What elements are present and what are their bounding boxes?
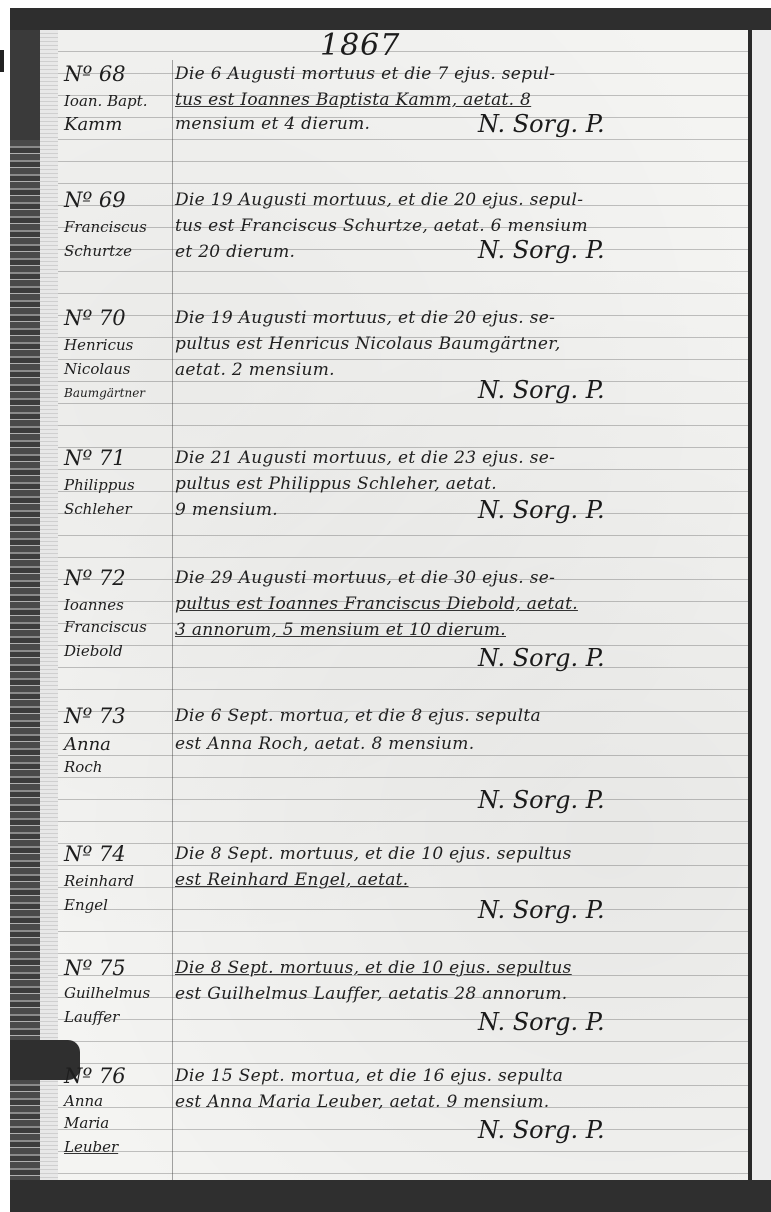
entry-margin-name: Maria (64, 1114, 172, 1132)
entry-margin-name: Anna (64, 1092, 172, 1110)
entry-margin-name: Philippus (64, 476, 172, 494)
entry-margin-name: Kamm (64, 114, 172, 135)
entry-text-line: Die 21 Augusti mortuus, et die 23 ejus. … (175, 448, 555, 468)
scan-top-edge (10, 8, 771, 30)
entry-margin-name: Anna (64, 734, 172, 755)
entry-text-line: est Anna Roch, aetat. 8 mensium. (175, 734, 474, 754)
entry-margin-name: Ioannes (64, 596, 172, 614)
entry-text-line: Die 6 Sept. mortua, et die 8 ejus. sepul… (175, 706, 541, 726)
entry-text-line: Die 19 Augusti mortuus, et die 20 ejus. … (175, 190, 583, 210)
entry-margin-name: Engel (64, 896, 172, 914)
entry-text-line: Die 6 Augusti mortuus et die 7 ejus. sep… (175, 64, 555, 84)
entry-text-line: Die 29 Augusti mortuus, et die 30 ejus. … (175, 568, 555, 588)
entry-number: Nº 70 (64, 306, 172, 330)
priest-signature: N. Sorg. P. (478, 1116, 605, 1144)
entry-text-line: pultus est Philippus Schleher, aetat. (175, 474, 497, 494)
entry-text-line: Die 8 Sept. mortuus, et die 10 ejus. sep… (175, 844, 572, 864)
priest-signature: N. Sorg. P. (478, 896, 605, 924)
entry-text-line: 3 annorum, 5 mensium et 10 dierum. (175, 620, 506, 640)
entry-number: Nº 75 (64, 956, 172, 980)
priest-signature: N. Sorg. P. (478, 496, 605, 524)
entry-text-line: est Reinhard Engel, aetat. (175, 870, 409, 890)
priest-signature: N. Sorg. P. (478, 1008, 605, 1036)
entry-number: Nº 76 (64, 1064, 172, 1088)
entry-margin-name: Schleher (64, 500, 172, 518)
entry-text-line: Die 15 Sept. mortua, et die 16 ejus. sep… (175, 1066, 563, 1086)
entry-margin-name: Franciscus (64, 618, 172, 636)
entry-number: Nº 71 (64, 446, 172, 470)
entry-margin-name: Roch (64, 758, 172, 776)
entry-number: Nº 69 (64, 188, 172, 212)
entry-text-line: est Anna Maria Leuber, aetat. 9 mensium. (175, 1092, 549, 1112)
entry-margin-name: Franciscus (64, 218, 172, 236)
entry-margin-name: Baumgärtner (64, 386, 172, 400)
page-right-margin (752, 30, 771, 1180)
entry-text-line: tus est Franciscus Schurtze, aetat. 6 me… (175, 216, 588, 236)
entry-text-line: 9 mensium. (175, 500, 278, 520)
entry-margin-name: Nicolaus (64, 360, 172, 378)
entry-text-line: Die 8 Sept. mortuus, et die 10 ejus. sep… (175, 958, 572, 978)
entry-text-line: Die 19 Augusti mortuus, et die 20 ejus. … (175, 308, 555, 328)
entry-text-line: aetat. 2 mensium. (175, 360, 335, 380)
entry-margin-name: Reinhard (64, 872, 172, 890)
priest-signature: N. Sorg. P. (478, 644, 605, 672)
entry-text-line: et 20 dierum. (175, 242, 295, 262)
entry-margin-name: Guilhelmus (64, 984, 172, 1002)
entry-number: Nº 74 (64, 842, 172, 866)
scan-bottom-edge (10, 1180, 771, 1212)
priest-signature: N. Sorg. P. (478, 236, 605, 264)
priest-signature: N. Sorg. P. (478, 786, 605, 814)
margin-column-rule (172, 60, 173, 1180)
priest-signature: N. Sorg. P. (478, 110, 605, 138)
entry-margin-name: Henricus (64, 336, 172, 354)
entry-margin-name: Lauffer (64, 1008, 172, 1026)
entry-margin-name: Diebold (64, 642, 172, 660)
entry-margin-name: Schurtze (64, 242, 172, 260)
entry-margin-name: Ioan. Bapt. (64, 92, 172, 110)
entry-number: Nº 73 (64, 704, 172, 728)
entry-text-line: mensium et 4 dierum. (175, 114, 370, 134)
page-year: 1867 (320, 28, 400, 63)
entry-text-line: pultus est Henricus Nicolaus Baumgärtner… (175, 334, 561, 354)
entry-margin-name: Leuber (64, 1138, 172, 1156)
entry-text-line: tus est Ioannes Baptista Kamm, aetat. 8 (175, 90, 531, 110)
scan-edge-mark (0, 50, 4, 72)
entry-text-line: est Guilhelmus Lauffer, aetatis 28 annor… (175, 984, 568, 1004)
entry-number: Nº 68 (64, 62, 172, 86)
entry-number: Nº 72 (64, 566, 172, 590)
entry-text-line: pultus est Ioannes Franciscus Diebold, a… (175, 594, 578, 614)
priest-signature: N. Sorg. P. (478, 376, 605, 404)
